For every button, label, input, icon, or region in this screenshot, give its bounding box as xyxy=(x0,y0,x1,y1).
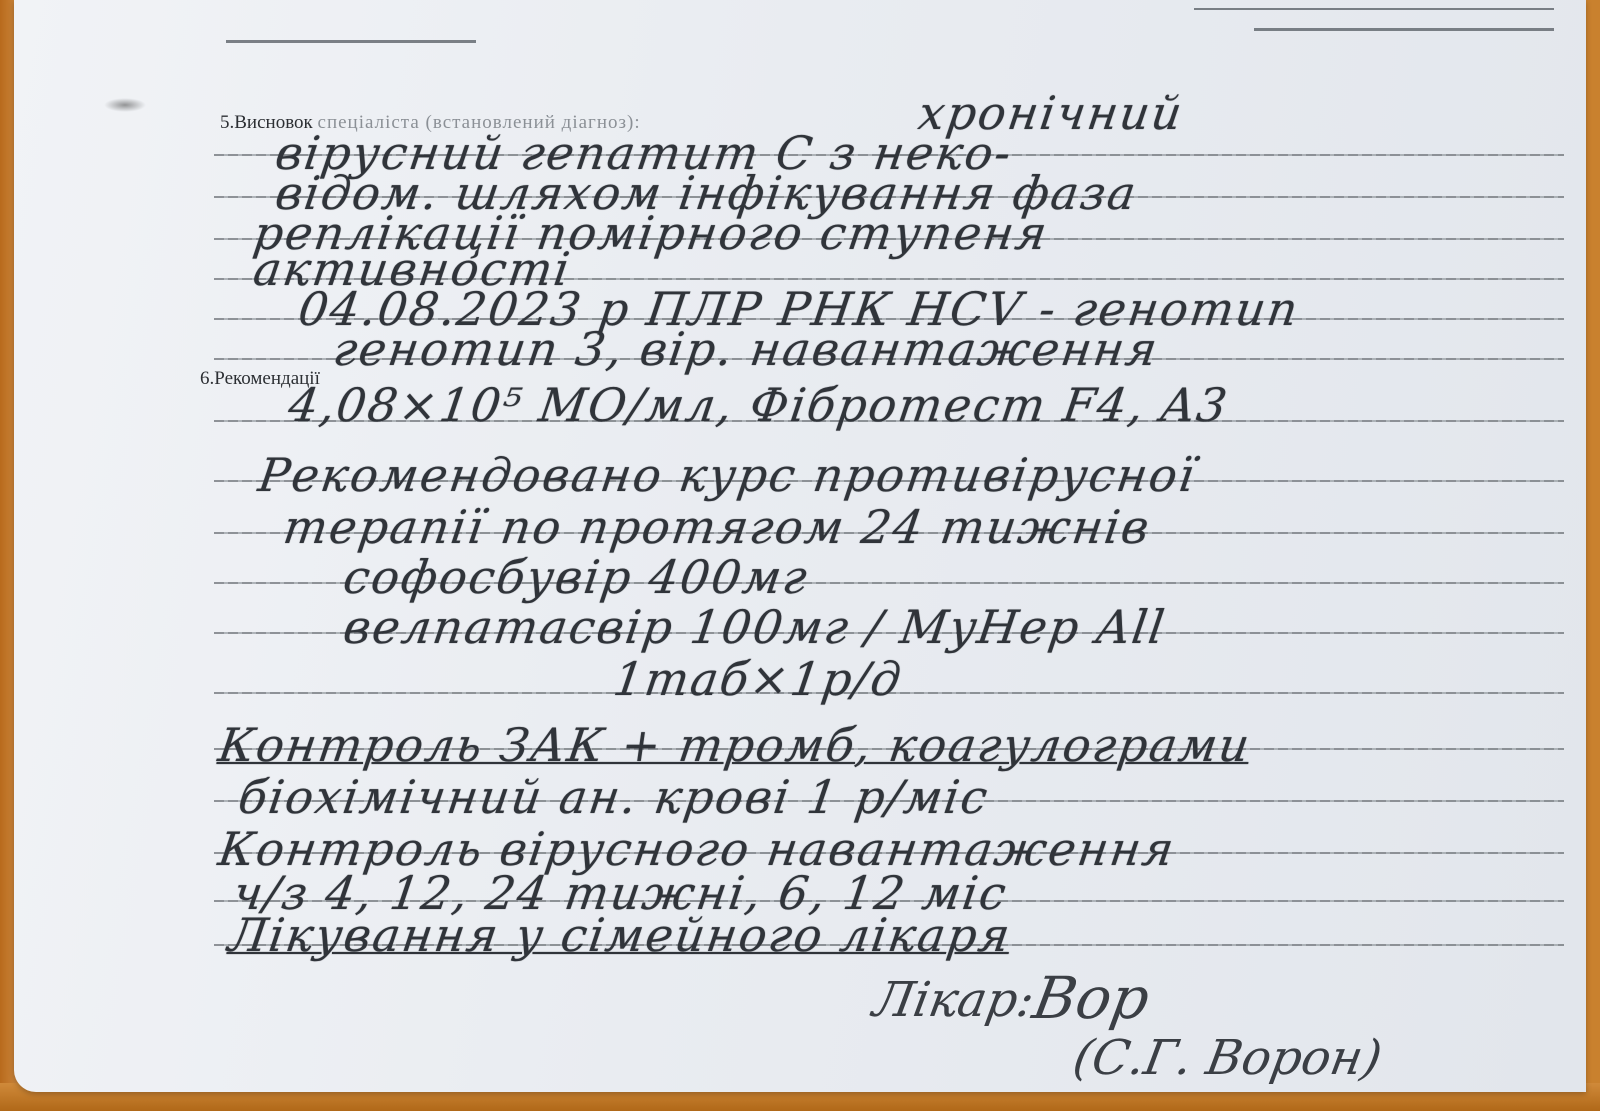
doctor-name: (С.Г. Ворон) xyxy=(1069,1030,1386,1086)
signature-scrawl: Вор xyxy=(1028,964,1155,1032)
recommendation-line: велпатасвір 100мг / MyHep All xyxy=(340,600,1169,654)
recommendation-line: Лікування у сімейного лікаря xyxy=(225,908,1015,962)
recommendation-line: 4,08×10⁵ МО/мл, Фібротест F4, A3 xyxy=(285,378,1232,432)
recommendation-line: Рекомендовано курс противірусної xyxy=(255,448,1199,502)
recommendation-line: софосбувір 400мг xyxy=(340,550,812,604)
recommendation-line: 1таб×1р/д xyxy=(610,652,906,706)
ink-smudge xyxy=(104,98,146,112)
diagnosis-line: генотип 3, вір. навантаження xyxy=(330,322,1162,376)
top-rule xyxy=(1194,8,1554,10)
top-rule xyxy=(226,40,476,43)
medical-form-sheet: 5.Висновок спеціаліста (встановлений діа… xyxy=(14,0,1586,1092)
recommendation-line: терапії по протягом 24 тижнів xyxy=(280,500,1154,554)
top-rule xyxy=(1254,28,1554,31)
recommendation-line: біохімічний ан. крові 1 р/міс xyxy=(235,770,993,824)
recommendation-line: Контроль ЗАК + тромб, коагулограми xyxy=(215,718,1254,772)
doctor-label: Лікар: xyxy=(869,972,1038,1028)
